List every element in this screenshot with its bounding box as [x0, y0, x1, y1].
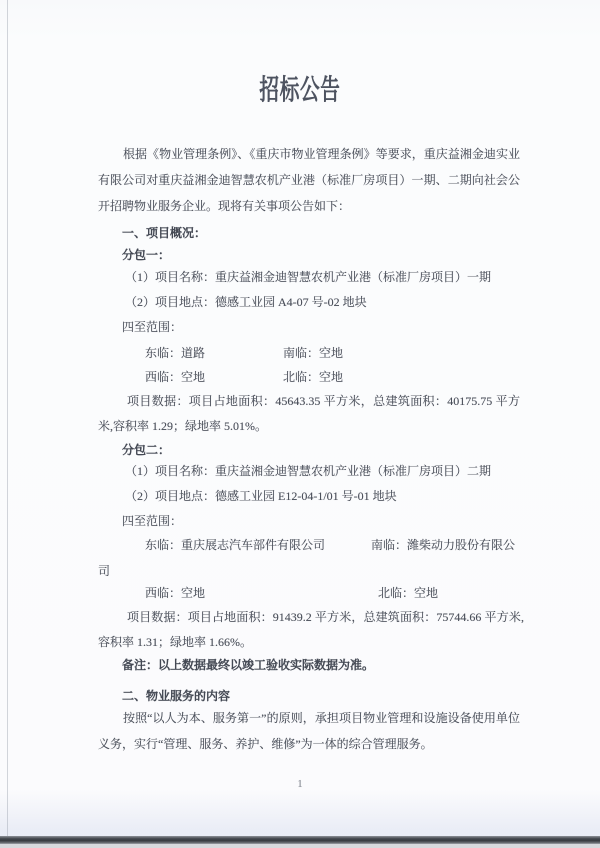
package1-north: 北临：空地 — [283, 364, 343, 390]
section2-body: 按照“以人为本、服务第一”的原则，承担项目物业管理和设施设备使用单位义务，实行“… — [98, 705, 520, 757]
west-label: 西临： — [145, 586, 181, 600]
west-value: 空地 — [181, 586, 205, 600]
south-value: 空地 — [319, 346, 343, 360]
west-value: 空地 — [181, 370, 205, 384]
package2-project-site: （2）项目地点：德感工业园 E12-04-1/01 号-01 地块 — [98, 483, 520, 509]
document-title: 招标公告 — [0, 74, 600, 112]
package1-scope-row-west-north: 西临：空地 北临：空地 — [98, 364, 520, 390]
package2-west: 西临：空地 — [145, 580, 205, 606]
west-label: 西临： — [145, 370, 181, 384]
east-value: 重庆展志汽车部件有限公司 — [181, 538, 325, 552]
scanned-document-page: 招标公告 根据《物业管理条例》、《重庆市物业管理条例》等要求，重庆益湘金迪实业有… — [0, 0, 600, 848]
note-line: 备注：以上数据最终以竣工验收实际数据为准。 — [98, 652, 520, 678]
paper-bottom-edge — [0, 836, 600, 844]
east-value: 道路 — [181, 346, 205, 360]
package1-south: 南临：空地 — [283, 340, 343, 366]
package2-project-name: （1）项目名称：重庆益湘金迪智慧农机产业港（标准厂房项目）二期 — [98, 458, 520, 484]
north-label: 北临： — [283, 370, 319, 384]
package1-data-line: 项目数据：项目占地面积：45643.35 平方米，总建筑面积：40175.75 … — [98, 389, 520, 439]
scanner-background — [0, 844, 600, 848]
package2-north: 北临：空地 — [378, 580, 438, 606]
package1-east: 东临：道路 — [145, 340, 205, 366]
package1-scope-heading: 四至范围： — [98, 314, 520, 340]
east-label: 东临： — [145, 346, 181, 360]
package2-data-line: 项目数据：项目占地面积：91439.2 平方米，总建筑面积：75744.66 平… — [98, 605, 524, 655]
scanner-edge-line — [7, 0, 8, 836]
north-value: 空地 — [414, 586, 438, 600]
package1-west: 西临：空地 — [145, 364, 205, 390]
north-label: 北临： — [378, 586, 414, 600]
package1-scope-row-east-south: 东临：道路 南临：空地 — [98, 340, 520, 366]
package2-scope-heading: 四至范围： — [98, 508, 520, 534]
south-label: 南临： — [371, 538, 407, 552]
package2-scope-row-west-north: 西临：空地 北临：空地 — [98, 580, 520, 606]
north-value: 空地 — [319, 370, 343, 384]
east-label: 东临： — [145, 538, 181, 552]
south-label: 南临： — [283, 346, 319, 360]
package2-scope-row-east-south: 东临：重庆展志汽车部件有限公司南临：潍柴动力股份有限公司 — [98, 532, 520, 584]
intro-paragraph: 根据《物业管理条例》、《重庆市物业管理条例》等要求，重庆益湘金迪实业有限公司对重… — [98, 141, 520, 219]
paper-bottom-shading — [0, 790, 600, 836]
document-title-text: 招标公告 — [259, 74, 340, 108]
package1-project-site: （2）项目地点：德感工业园 A4-07 号-02 地块 — [98, 289, 520, 315]
package1-project-name: （1）项目名称：重庆益湘金迪智慧农机产业港（标准厂房项目）一期 — [98, 264, 520, 290]
